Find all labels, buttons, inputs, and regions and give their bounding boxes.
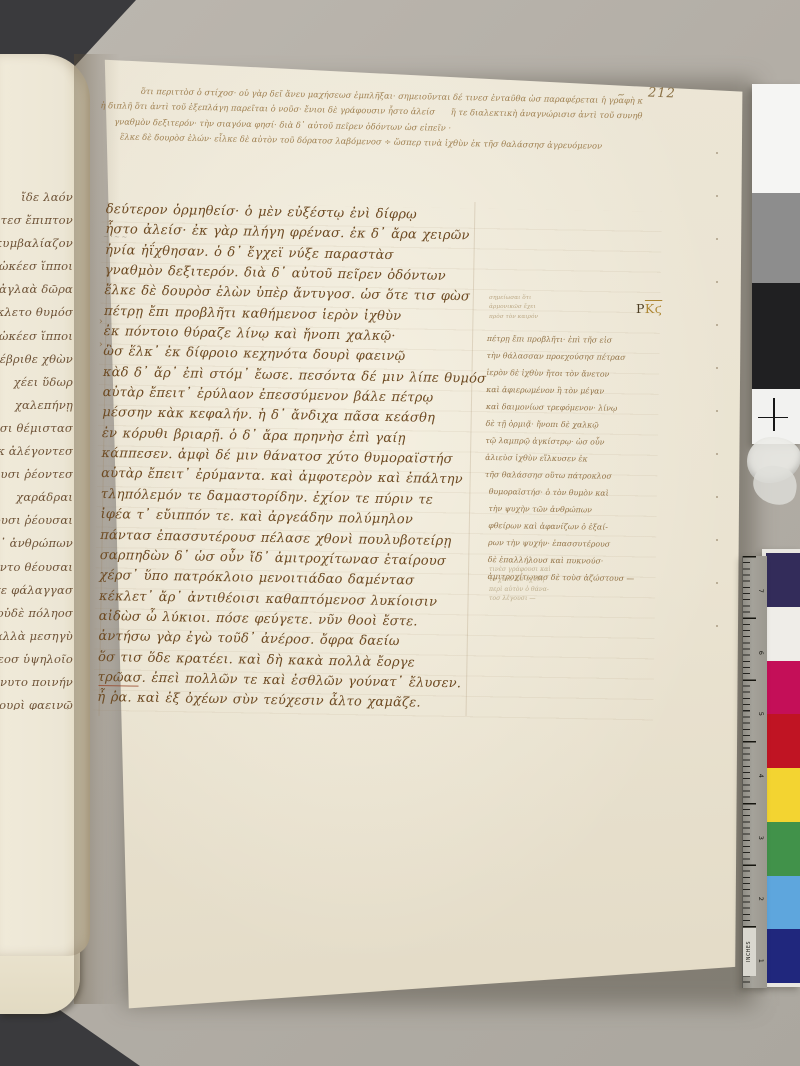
color-swatch — [766, 661, 800, 715]
facing-page-line-ending: χαράδραι — [0, 486, 73, 509]
pricking-hole — [716, 582, 718, 584]
note-line: πρὸσ τὸν καιρόν — [489, 313, 569, 322]
manuscript-photo: ἴδε λαόνφῶτεσ ἔπιπτονἀνεκυμβαλίαζονὠκέεσ… — [0, 0, 800, 1066]
scholia-line: ἁλιεὺσ ἰχθὺν εἵλκυσεν ἐκ — [485, 449, 637, 468]
note-line: τοσ λέγουσι — — [489, 594, 589, 604]
facing-page-line-ending: ὠκέεσ ἵπποι — [0, 325, 73, 348]
grayscale-patch-white — [752, 84, 800, 193]
ruler-numbers: 7654321 — [756, 560, 766, 984]
ruler-unit-label: INCHES — [743, 928, 756, 976]
color-calibration-swatches — [766, 553, 800, 983]
facing-page-line-ending: πλήθουσι ῥέοντεσ — [0, 463, 73, 486]
facing-page-text-fragments: ἴδε λαόνφῶτεσ ἔπιπτονἀνεκυμβαλίαζονὠκέεσ… — [0, 186, 73, 710]
quire-mark: ΡΚϛ — [636, 301, 662, 316]
facing-page-line-ending: ἔργ᾽ ἀνθρώπων — [0, 532, 73, 555]
facing-page-line-ending: χέει ὕδωρ — [0, 371, 73, 394]
facing-page-line-ending: βέβριθε χθὼν — [0, 348, 73, 371]
facing-page-line-ending: ἴδε λαόν — [0, 186, 73, 209]
scholia-line: ἱερὸν δὲ ἰχθὺν ἤτοι τὸν ἄνετον — [486, 364, 638, 383]
scholia-line: καὶ ἀφιερωμένον ἢ τὸν μέγαν — [486, 381, 638, 400]
facing-page-line-ending: ἀλλὰ μεσηγὺ — [0, 625, 73, 648]
facing-page-line-ending: ὠκέεσ ἵπποι — [0, 255, 73, 278]
pricking-hole — [716, 238, 718, 240]
scholia-line: πέτρῃ ἔπι προβλῆτι· ἐπὶ τῆσ εἰσ — [487, 330, 639, 349]
note-line: τινὲσ γράφουσι καὶ — [489, 565, 589, 575]
facing-page-line-ending: στενάχουσι ῥέουσαι — [0, 509, 73, 532]
facing-page-line-ending: ἀπετίνυτο ποινήν — [0, 671, 73, 694]
pen-flourish: ~ — [616, 89, 626, 101]
quire-mark-number: Κϛ — [645, 301, 662, 316]
facing-page-line-ending: ἀνεκυμβαλίαζον — [0, 232, 73, 255]
diple-mark: › — [99, 317, 103, 327]
margin-small-note: σημείωσαι ὅτιἁρμονικῶσ ἔχειπρὸσ τὸν καιρ… — [489, 294, 569, 322]
scholia-line: δὲ τῇ ὁρμιᾷ· ἤνοπι δὲ χαλκῷ — [486, 415, 638, 434]
scholia-line: τῆσ θαλάσσησ οὕτω πάτροκλοσ — [485, 466, 637, 485]
top-margin-scholia: ὅτι περιττὸσ ὁ στίχοσ· οὐ γὰρ δεῖ ἄνευ μ… — [94, 83, 643, 155]
scholia-line: ρων τὴν ψυχήν· ἐπασσυτέρουσ — [488, 534, 636, 553]
grayscale-patch-gray — [752, 193, 800, 283]
scholia-line: φθείρων καὶ ἀφανίζων ὁ ἐξαί- — [488, 517, 636, 536]
scholia-line: τὴν θάλασσαν προεχούσησ πέτρασ — [487, 347, 639, 366]
quire-mark-rho: Ρ — [636, 301, 645, 316]
color-swatch — [766, 714, 800, 768]
note-line: ἁρμονικῶσ ἔχει — [489, 303, 569, 312]
main-text-iliad: δεύτερον ὁρμηθείσ· ὁ μὲν εὐξέστῳ ἐνὶ δίφ… — [97, 200, 478, 715]
ruler-number: 5 — [730, 709, 792, 719]
pricking-hole — [716, 152, 718, 154]
facing-page-line-ending: κρίνωσι θέμιστασ — [0, 417, 73, 440]
color-swatch — [766, 553, 800, 607]
pricking-hole — [716, 410, 718, 412]
facing-page-line-ending: κέκλετο θυμόσ — [0, 301, 73, 324]
facing-page-line-ending: ἀγλαὰ δῶρα — [0, 278, 73, 301]
pricking-hole — [716, 496, 718, 498]
ruler-number: 1 — [730, 956, 792, 966]
pricking-hole — [716, 539, 718, 541]
diple-mark: › — [99, 340, 103, 350]
facing-page-line-ending: στενάχοντο θέουσαι — [0, 556, 73, 579]
pricking-hole — [716, 324, 718, 326]
note-line: σημείωσαι ὅτι — [489, 294, 569, 303]
pricking-hole — [716, 453, 718, 455]
pricking-hole — [716, 195, 718, 197]
ruler-number: 3 — [730, 833, 792, 843]
grayscale-patch-black — [752, 283, 800, 389]
scholia-line: τῷ λαμπρῷ ἀγκίστρῳ· ὡσ οὖν — [485, 432, 637, 451]
ruler-number: 7 — [730, 586, 792, 596]
ruler-number: 4 — [730, 771, 792, 781]
grayscale-calibration-bar — [752, 84, 800, 444]
facing-page-line-ending: οὐδὲ πόληοσ — [0, 602, 73, 625]
pricking-hole — [716, 281, 718, 283]
note-line: περὶ αὐτὸν ὁ θάνα- — [489, 585, 589, 595]
registration-crosshair-patch — [752, 389, 800, 444]
folio-number: 212 — [648, 86, 676, 102]
ruler-unit-text: INCHES — [747, 941, 752, 962]
note-line: τὸ χύτο ὡσ ἐχύθη — [489, 575, 589, 585]
pricking-hole — [716, 625, 718, 627]
scholia-line: καὶ δαιμονίωσ τρεφόμενον· λίνῳ — [486, 398, 638, 417]
facing-page-line-ending: φῶτεσ ἔπιπτον — [0, 209, 73, 232]
ruler-number: 2 — [730, 894, 792, 904]
facing-page-line-ending: βάλε δουρὶ φαεινῷ — [0, 694, 73, 710]
color-swatch — [766, 822, 800, 876]
pencil-annotation: ~·~~ — [103, 233, 129, 241]
ruler-number: 6 — [730, 648, 792, 658]
facing-page-line-ending: τείχεοσ ὑψηλοῖο — [0, 648, 73, 671]
scholia-line: θυμοραϊστήσ· ὁ τὸν θυμὸν καὶ — [489, 483, 637, 502]
right-margin-scholia: πέτρῃ ἔπι προβλῆτι· ἐπὶ τῆσ εἰστὴν θάλασ… — [483, 330, 639, 587]
facing-page-line-ending: χαλεπήνῃ — [0, 394, 73, 417]
margin-faint-note: τινὲσ γράφουσι καὶτὸ χύτο ὡσ ἐχύθηπερὶ α… — [489, 565, 589, 604]
facing-page-line-ending: ἐπέκερσε φάλαγγασ — [0, 579, 73, 602]
pricking-hole — [716, 367, 718, 369]
facing-page-line-ending: οὐκ ἀλέγοντεσ — [0, 440, 73, 463]
scholia-line: τὴν ψυχὴν τῶν ἀνθρώπων — [488, 500, 636, 519]
